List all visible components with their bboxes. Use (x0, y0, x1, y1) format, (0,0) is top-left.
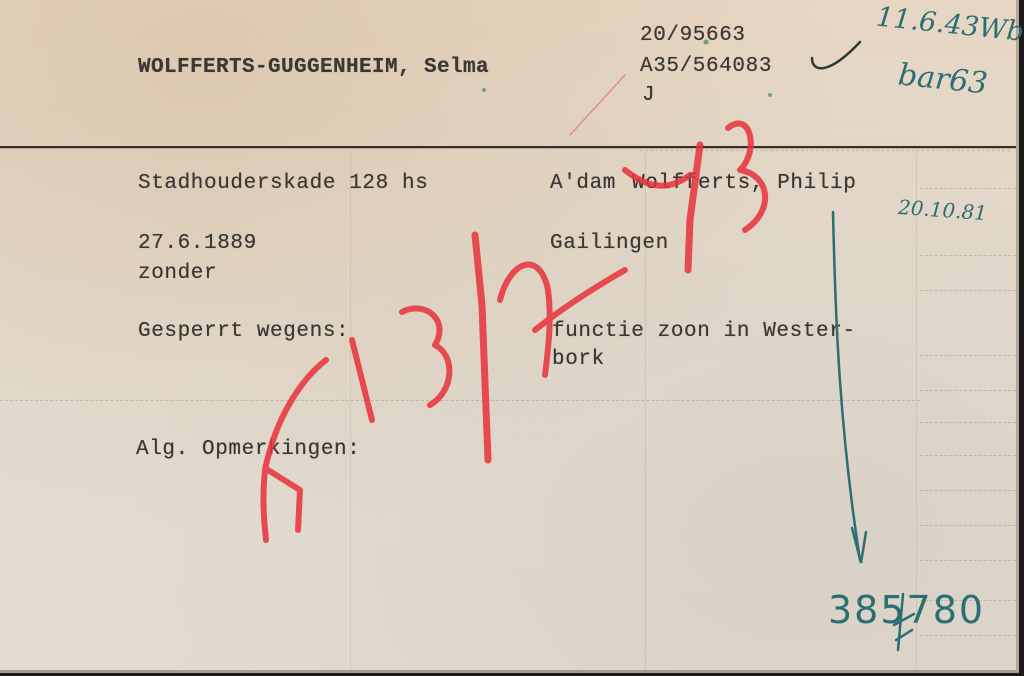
blocked-reason-line2: bork (552, 348, 605, 371)
red-pencil-marks (263, 75, 765, 540)
full-name: WOLFFERTS-GUGGENHEIM, Selma (138, 56, 489, 79)
form-rule (640, 150, 1010, 151)
birth-place: Gailingen (550, 232, 669, 255)
city: A'dam (550, 172, 616, 195)
blocked-reason-line1: functie zoon in Wester- (552, 320, 856, 343)
form-rule (920, 390, 1016, 391)
birth-date: 27.6.1889 (138, 232, 257, 255)
handwritten-date-note: 11.6.43Wbk (875, 1, 1024, 49)
form-rule (920, 455, 1016, 456)
registration-number: 20/95663 (640, 24, 746, 47)
form-rule (920, 422, 1016, 423)
form-rule (920, 290, 1016, 291)
remarks-label: Alg. Opmerkingen: (136, 438, 360, 461)
index-card: WOLFFERTS-GUGGENHEIM, Selma 20/95663 A35… (0, 0, 1019, 673)
form-rule (920, 560, 1016, 561)
handwritten-bar-note: bar63 (896, 57, 989, 101)
form-column-rule (350, 150, 351, 670)
relative-handwritten-date: 20.10.81 (897, 195, 988, 225)
form-rule (920, 635, 1016, 636)
form-rule (0, 400, 920, 401)
archive-number: A35/564083 (640, 55, 772, 78)
check-stroke-icon (812, 42, 860, 68)
relative-name: Wolfferts, Philip (632, 172, 856, 195)
occupation: zonder (138, 262, 217, 285)
form-rule (920, 255, 1016, 256)
form-rule (920, 490, 1016, 491)
form-rule (920, 525, 1016, 526)
category-mark: J (642, 84, 655, 107)
address: Stadhouderskade 128 hs (138, 172, 428, 195)
handwritten-card-number: 385780 (828, 588, 985, 632)
form-column-rule (645, 150, 646, 670)
form-rule (920, 355, 1016, 356)
header-divider (0, 146, 1016, 148)
blocked-label: Gesperrt wegens: (138, 320, 349, 343)
form-rule (920, 188, 1016, 189)
down-arrow-icon (833, 212, 866, 563)
